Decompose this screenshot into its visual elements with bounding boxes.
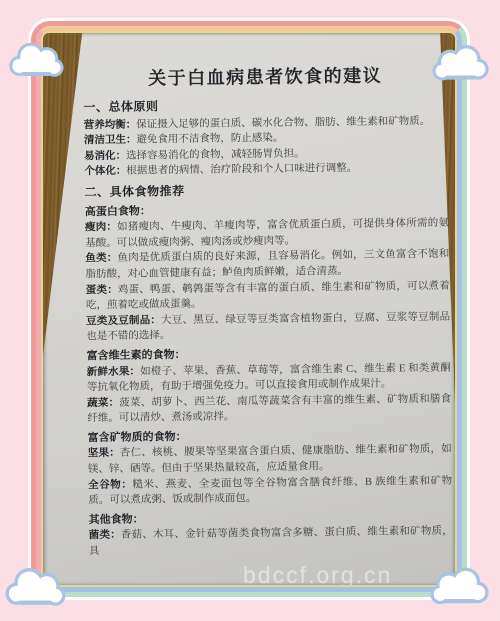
doc-item: 新鲜水果：如橙子、苹果、香蕉、草莓等，富含维生素 C、维生素 E 和类黄酮等抗氧… <box>87 360 451 396</box>
doc-item: 坚果：杏仁、核桃、腰果等坚果富含蛋白质、健康脂肪、维生素和矿物质，如镁、锌、硒等… <box>88 442 452 478</box>
doc-item: 全谷物：糙米、燕麦、全麦面包等全谷物富含膳食纤维、B 族维生素和矿物质。可以煮成… <box>88 473 452 509</box>
rainbow-ring-inner: 关于白血病患者饮食的建议 一、总体原则营养均衡：保证摄入足够的蛋白质、碳水化合物… <box>41 31 457 587</box>
cloud-icon <box>4 562 66 608</box>
item-label: 蔬菜： <box>87 397 119 408</box>
rainbow-ring-outer: 关于白血病患者饮食的建议 一、总体原则营养均衡：保证摄入足够的蛋白质、碳水化合物… <box>31 21 467 597</box>
doc-item: 鱼类：鱼肉是优质蛋白质的良好来源，且容易消化。例如，三文鱼富含不饱和脂肪酸，对心… <box>85 247 449 283</box>
item-label: 个体化： <box>84 166 126 178</box>
doc-blocks: 一、总体原则营养均衡：保证摄入足够的蛋白质、碳水化合物、脂肪、维生素和矿物质。清… <box>83 96 453 560</box>
doc-item: 蛋类：鸡蛋、鸭蛋、鹌鹑蛋等含有丰富的蛋白质、维生素和矿物质，可以煮着吃，煎着吃或… <box>86 278 450 314</box>
cloud-icon <box>430 560 490 608</box>
document-content: 关于白血病患者饮食的建议 一、总体原则营养均衡：保证摄入足够的蛋白质、碳水化合物… <box>83 63 453 560</box>
screenshot-root: { "doc": { "title": "关于白血病患者饮食的建议", "blo… <box>0 0 500 621</box>
item-label: 新鲜水果： <box>87 366 141 378</box>
cloud-icon <box>432 38 490 84</box>
decorative-frame: 关于白血病患者饮食的建议 一、总体原则营养均衡：保证摄入足够的蛋白质、碳水化合物… <box>28 18 470 600</box>
item-label: 蛋类： <box>86 284 118 295</box>
item-label: 清洁卫生： <box>84 135 137 147</box>
cloud-icon <box>8 36 64 80</box>
doc-item: 菌类：香菇、木耳、金针菇等菌类食物富含多糖、蛋白质、维生素和矿物质，具 <box>89 524 453 560</box>
item-label: 豆类及豆制品： <box>86 315 161 327</box>
item-label: 坚果： <box>88 448 120 459</box>
rainbow-ring-middle: 关于白血病患者饮食的建议 一、总体原则营养均衡：保证摄入足够的蛋白质、碳水化合物… <box>36 26 462 592</box>
doc-heading: 一、总体原则 <box>83 96 447 116</box>
watermark-text: bdccf.org.cn <box>243 562 453 585</box>
document-photo: 关于白血病患者饮食的建议 一、总体原则营养均衡：保证摄入足够的蛋白质、碳水化合物… <box>43 33 455 585</box>
doc-item: 蔬菜：菠菜、胡萝卜、西兰花、南瓜等蔬菜含有丰富的维生素、矿物质和膳食纤维。可以清… <box>87 391 451 427</box>
item-label: 瘦肉： <box>85 222 117 233</box>
page-title: 关于白血病患者饮食的建议 <box>83 63 447 91</box>
item-label: 全谷物： <box>88 479 132 491</box>
item-label: 鱼类： <box>85 253 117 264</box>
doc-item: 个体化：根据患者的病情、治疗阶段和个人口味进行调整。 <box>84 160 448 180</box>
doc-item: 豆类及豆制品：大豆、黑豆、绿豆等豆类富含植物蛋白，豆腐、豆浆等豆制品也是不错的选… <box>86 309 450 345</box>
item-label: 易消化： <box>84 150 126 162</box>
item-label: 营养均衡： <box>84 119 137 131</box>
doc-heading: 二、具体食物推荐 <box>84 181 448 201</box>
doc-item: 瘦肉：如猪瘦肉、牛瘦肉、羊瘦肉等，富含优质蛋白质，可提供身体所需的氨基酸。可以做… <box>85 216 449 252</box>
item-label: 菌类： <box>89 530 121 541</box>
